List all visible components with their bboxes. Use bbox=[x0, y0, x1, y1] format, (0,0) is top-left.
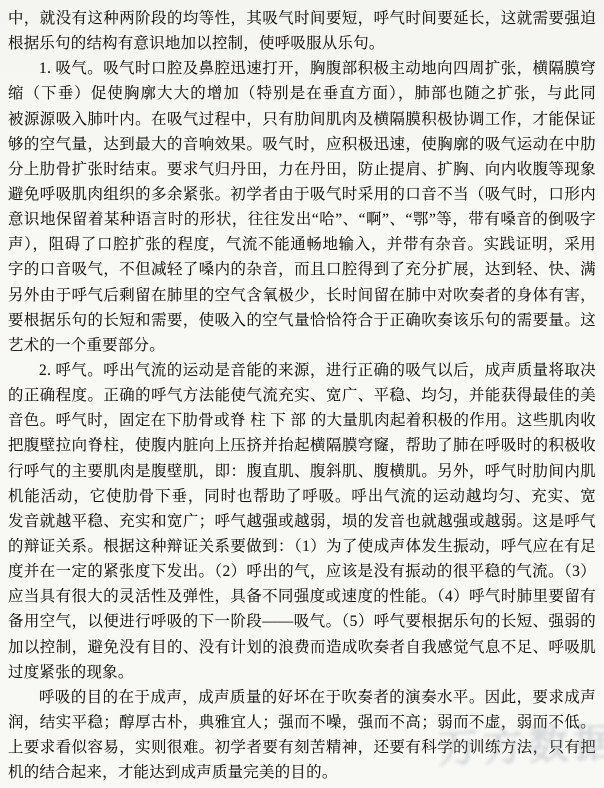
text-line: 加以控制，避免没有目的、没有计划的浪费而造成吹奏者自我感觉气息不足、呼吸肌肉组织 bbox=[8, 635, 596, 660]
document-page: 中，就没有这种两阶段的均等性，其吸气时间要短，呼气时间要延长，这就需要强迫吹奏者… bbox=[0, 0, 604, 788]
text-line: 分上肋骨扩张时结束。要求气归丹田，力在丹田，防止提肩、扩胸、向内收腹等现象发生， bbox=[8, 157, 596, 182]
text-line: 的辩证关系。根据这种辩证关系要做到：（1）为了使成声体发生振动，呼气应在有足够的… bbox=[8, 534, 596, 559]
text-line: 要根据乐句的长短和需要，使吸入的空气量恰恰符合于正确吹奏该乐句的需要量。这是吸气 bbox=[8, 308, 596, 333]
text-line: 机的结合起来，才能达到成声质量完美的目的。 bbox=[8, 760, 596, 785]
text-line: 2. 呼气。呼出气流的运动是音能的来源，进行正确的吸气以后，成声质量将取决于呼气 bbox=[8, 358, 596, 383]
text-line: 的正确程度。正确的呼气方法能使气流充实、宽广、平稳、均匀，并能获得最佳的美的乐器 bbox=[8, 383, 596, 408]
text-line: 被源源吸入肺叶内。在吸气过程中，只有肋间肌肉及横隔膜积极协调工作，才能保证获得足 bbox=[8, 107, 596, 132]
text-line: 呼吸的目的在于成声，成声质量的好坏在于吹奏者的演奏水平。因此，要求成声音色圆 bbox=[8, 685, 596, 710]
text-line: 应当具有很大的灵活性及弹性，具备不同强度或速度的性能。（4）呼气时肺里要留有少量… bbox=[8, 584, 596, 609]
text-line: 音色。呼气时，固定在下肋骨或脊 柱 下 部 的大量肌肉起着积极的作用。这些肌肉收… bbox=[8, 408, 596, 433]
text-line: 上要求看似容易，实则很难。初学者要有刻苦精神，还要有科学的训练方法，只有把两者有 bbox=[8, 735, 596, 760]
text-line: 备用空气，以便进行呼吸的下一阶段——吸气。（5）呼气要根据乐句的长短、强弱的需要… bbox=[8, 609, 596, 634]
text-line: 声），阻碍了口腔扩张的程度，气流不能通畅地输入，并带有杂音。实践证明，采用“噢” bbox=[8, 232, 596, 257]
text-line: 够的空气量，达到最大的音响效果。吸气时，应积极迅速，使胸廓的吸气运动在中肋骨、部 bbox=[8, 132, 596, 157]
text-line: 字的口音吸气，不但减轻了嗓内的杂音，而且口腔得到了充分扩展，达到轻、快、满的要求… bbox=[8, 257, 596, 282]
text-line: 中，就没有这种两阶段的均等性，其吸气时间要短，呼气时间要延长，这就需要强迫吹奏者 bbox=[8, 6, 596, 31]
text-line: 过度紧张的现象。 bbox=[8, 660, 596, 685]
text-line: 机能活动，它使肋骨下垂，同时也帮助了呼吸。呼出气流的运动越均匀、充实、宽广，埙的 bbox=[8, 484, 596, 509]
text-line: 度并在一定的紧张度下发出。（2）呼出的气，应该是没有振动的很平稳的气流。（3）呼… bbox=[8, 559, 596, 584]
text-line: 避免呼吸肌肉组织的多余紧张。初学者由于吸气时采用的口音不当（吸气时，口形内部还下 bbox=[8, 182, 596, 207]
text-line: 1. 吸气。吸气时口腔及鼻腔迅速打开，胸腹部积极主动地向四周扩张，横隔膜穹窿的收 bbox=[8, 56, 596, 81]
text-line: 艺术的一个重要部分。 bbox=[8, 333, 596, 358]
text-line: 行呼气的主要肌肉是腹壁肌，即：腹直肌、腹斜肌、腹横肌。另外，呼气时肋间内肌尚进行 bbox=[8, 459, 596, 484]
text-line: 意识地保留着某种语言时的形状，往往发出“哈”、“啊”、“鄂”等，带有嗓音的倒吸字 bbox=[8, 207, 596, 232]
text-line: 把腹壁拉向脊柱，使腹内脏向上压挤并抬起横隔膜穹窿，帮助了肺在呼吸时的积极收缩。强 bbox=[8, 433, 596, 458]
body-text: 中，就没有这种两阶段的均等性，其吸气时间要短，呼气时间要延长，这就需要强迫吹奏者… bbox=[8, 6, 596, 785]
text-line: 根据乐句的结构有意识地加以控制，使呼吸服从乐句。 bbox=[8, 31, 596, 56]
text-line: 另外由于呼气后剩留在肺里的空气含氧极少，长时间留在肺中对吹奏者的身体有害，吸气时 bbox=[8, 283, 596, 308]
text-line: 润，结实平稳；醇厚古朴，典雅宜人；强而不噪，强而不高；弱而不虚，弱而不低。达到以 bbox=[8, 710, 596, 735]
text-line: 发音就越平稳、充实和宽广；呼气越强或越弱，埙的发音也就越强或越弱。这是呼气与成声 bbox=[8, 509, 596, 534]
text-line: 缩（下垂）促使胸廓大大的增加（特别是在垂直方面），肺部也随之扩张，与此同时，空气 bbox=[8, 81, 596, 106]
